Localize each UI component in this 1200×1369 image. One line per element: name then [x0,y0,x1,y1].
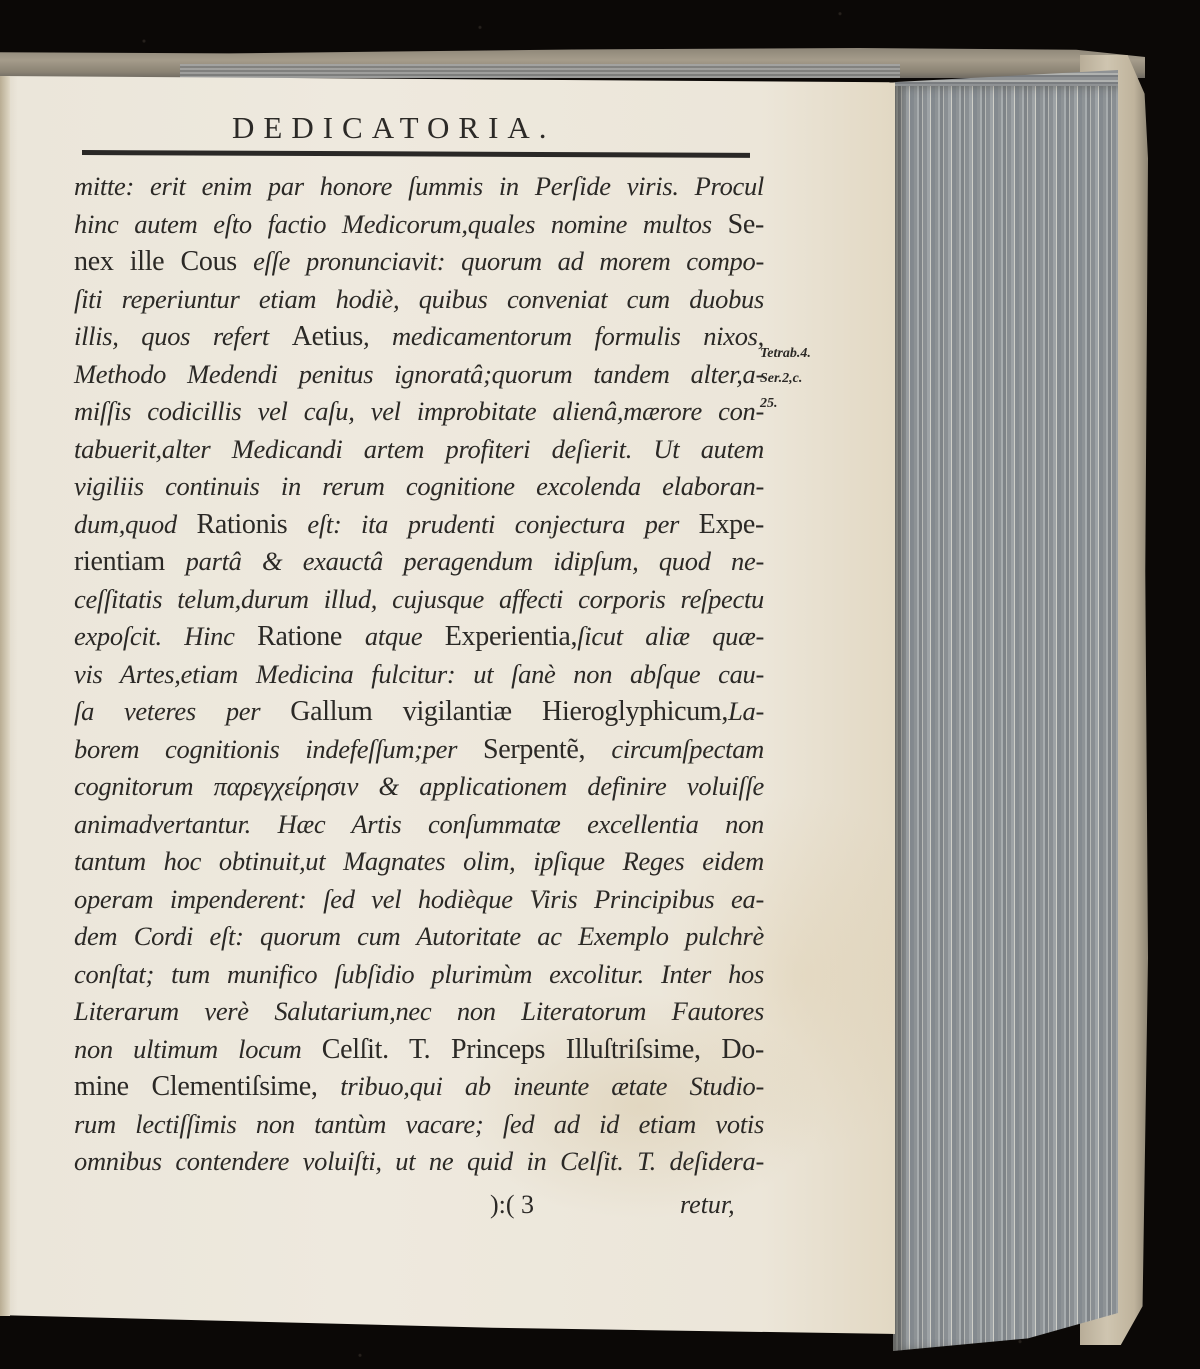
text-line: conſtat; tum munifico ſubſidio plurimùm … [74,956,764,994]
marginal-note-line: Ser.2,c. [760,366,811,391]
signature-mark: ):( 3 [490,1190,534,1220]
page-footer: ):( 3 retur, [0,1190,780,1230]
roman-text: Celſit. T. Princeps Illuſtriſsime, Do- [322,1034,764,1065]
italic-text: vigiliis continuis in rerum cognitione e… [74,471,764,501]
roman-text: Se- [728,209,764,240]
text-line: operam impenderent: ſed vel hodièque Vir… [74,881,764,919]
text-line: non ultimum locum Celſit. T. Princeps Il… [74,1031,764,1069]
text-line: hinc autem eſto factio Medicorum,quales … [74,206,764,244]
text-line: vis Artes,etiam Medicina fulcitur: ut ſa… [74,656,764,694]
italic-text: Literarum verè Salutarium,nec non Litera… [74,996,764,1026]
text-line: illis, quos refert Aetius, medicamentoru… [74,318,764,356]
italic-text: ſa veteres per [74,696,290,726]
italic-text: ſiti reperiuntur etiam hodiè, quibus con… [74,284,764,314]
italic-text: tribuo,qui ab ineunte ætate Studio- [340,1071,764,1101]
italic-text: , medicamentorum formulis nixos, [363,321,764,351]
text-line: ſiti reperiuntur etiam hodiè, quibus con… [74,281,764,319]
text-line: miſſis codicillis vel caſu, vel improbit… [74,393,764,431]
italic-text: ſicut aliæ quæ- [577,621,764,651]
italic-text: rum lectiſſimis non tantùm vacare; ſed a… [74,1109,764,1139]
roman-text: Aetius [292,321,363,352]
page-gutter [0,76,10,1316]
italic-text: Methodo Medendi penitus ignoratâ;quorum … [74,359,764,389]
text-line: animadvertantur. Hæc Artis conſummatæ ex… [74,806,764,844]
text-line: rum lectiſſimis non tantùm vacare; ſed a… [74,1106,764,1144]
roman-text: Rationis [196,509,307,540]
roman-text: mine Clementiſsime, [74,1071,340,1102]
italic-text: vis Artes,etiam Medicina fulcitur: ut ſa… [74,659,764,689]
italic-text: tabuerit,alter Medicandi artem profiteri… [74,434,764,464]
text-line: rientiam partâ & exauctâ peragendum idip… [74,543,764,581]
italic-text: eſſe pronunciavit: quorum ad morem compo… [253,246,764,276]
italic-text: La- [728,696,764,726]
text-line: cognitorum παρεγχείρησιν & applicationem… [74,768,764,806]
italic-text: cognitorum παρεγχείρησιν & applicationem… [74,771,764,801]
text-line: mine Clementiſsime, tribuo,qui ab ineunt… [74,1068,764,1106]
italic-text: hinc autem eſto factio Medicorum,quales … [74,209,728,239]
book-fore-edge [893,86,1118,1351]
text-line: vigiliis continuis in rerum cognitione e… [74,468,764,506]
italic-text: dem Cordi eſt: quorum cum Autoritate ac … [74,921,764,951]
text-line: expoſcit. Hinc Ratione atque Experientia… [74,618,764,656]
page-block-top-edge [180,64,900,78]
italic-text: non ultimum locum [74,1034,322,1064]
italic-text: borem cognitionis indefeſſum;per [74,734,483,764]
italic-text: dum,quod [74,509,196,539]
italic-text: tantum hoc obtinuit,ut Magnates olim, ip… [74,846,764,876]
text-line: dem Cordi eſt: quorum cum Autoritate ac … [74,918,764,956]
running-head: DEDICATORIA. [232,110,562,146]
roman-text: rientiam [74,546,186,577]
italic-text: animadvertantur. Hæc Artis conſummatæ ex… [74,809,764,839]
italic-text: illis, quos refert [74,321,292,351]
italic-text: omnibus contendere voluiſti, ut ne quid … [74,1146,764,1176]
text-line: borem cognitionis indefeſſum;per Serpent… [74,731,764,769]
italic-text: miſſis codicillis vel caſu, vel improbit… [74,396,764,426]
roman-text: nex ille Cous [74,246,253,277]
text-line: dum,quod Rationis eſt: ita prudenti conj… [74,506,764,544]
roman-text: Ratione [257,621,365,652]
roman-text: Expe- [699,509,764,540]
roman-text: Serpentẽ, [483,734,611,765]
text-line: tabuerit,alter Medicandi artem profiteri… [74,431,764,469]
italic-text: circumſpectam [611,734,764,764]
text-line: mitte: erit enim par honore ſummis in Pe… [74,168,764,206]
body-text: mitte: erit enim par honore ſummis in Pe… [74,168,764,1181]
text-line: ſa veteres per Gallum vigilantiæ Hierogl… [74,693,764,731]
marginal-note: Tetrab.4.Ser.2,c.25. [760,341,811,416]
marginal-note-line: 25. [760,391,811,416]
text-line: tantum hoc obtinuit,ut Magnates olim, ip… [74,843,764,881]
roman-text: Experientia, [445,621,577,652]
italic-text: atque [365,621,445,651]
text-line: omnibus contendere voluiſti, ut ne quid … [74,1143,764,1181]
marginal-note-line: Tetrab.4. [760,341,811,366]
italic-text: partâ & exauctâ peragendum idipſum, quod… [186,546,764,576]
italic-text: expoſcit. Hinc [74,621,257,651]
italic-text: eſt: ita prudenti conjectura per [307,509,698,539]
italic-text: mitte: erit enim par honore ſummis in Pe… [74,171,764,201]
text-line: Literarum verè Salutarium,nec non Litera… [74,993,764,1031]
roman-text: Gallum vigilantiæ Hieroglyphicum, [290,696,728,727]
italic-text: operam impenderent: ſed vel hodièque Vir… [74,884,764,914]
catchword: retur, [680,1190,735,1220]
italic-text: conſtat; tum munifico ſubſidio plurimùm … [74,959,764,989]
text-line: ceſſitatis telum,durum illud, cujusque a… [74,581,764,619]
italic-text: ceſſitatis telum,durum illud, cujusque a… [74,584,764,614]
text-line: Methodo Medendi penitus ignoratâ;quorum … [74,356,764,394]
text-line: nex ille Cous eſſe pronunciavit: quorum … [74,243,764,281]
